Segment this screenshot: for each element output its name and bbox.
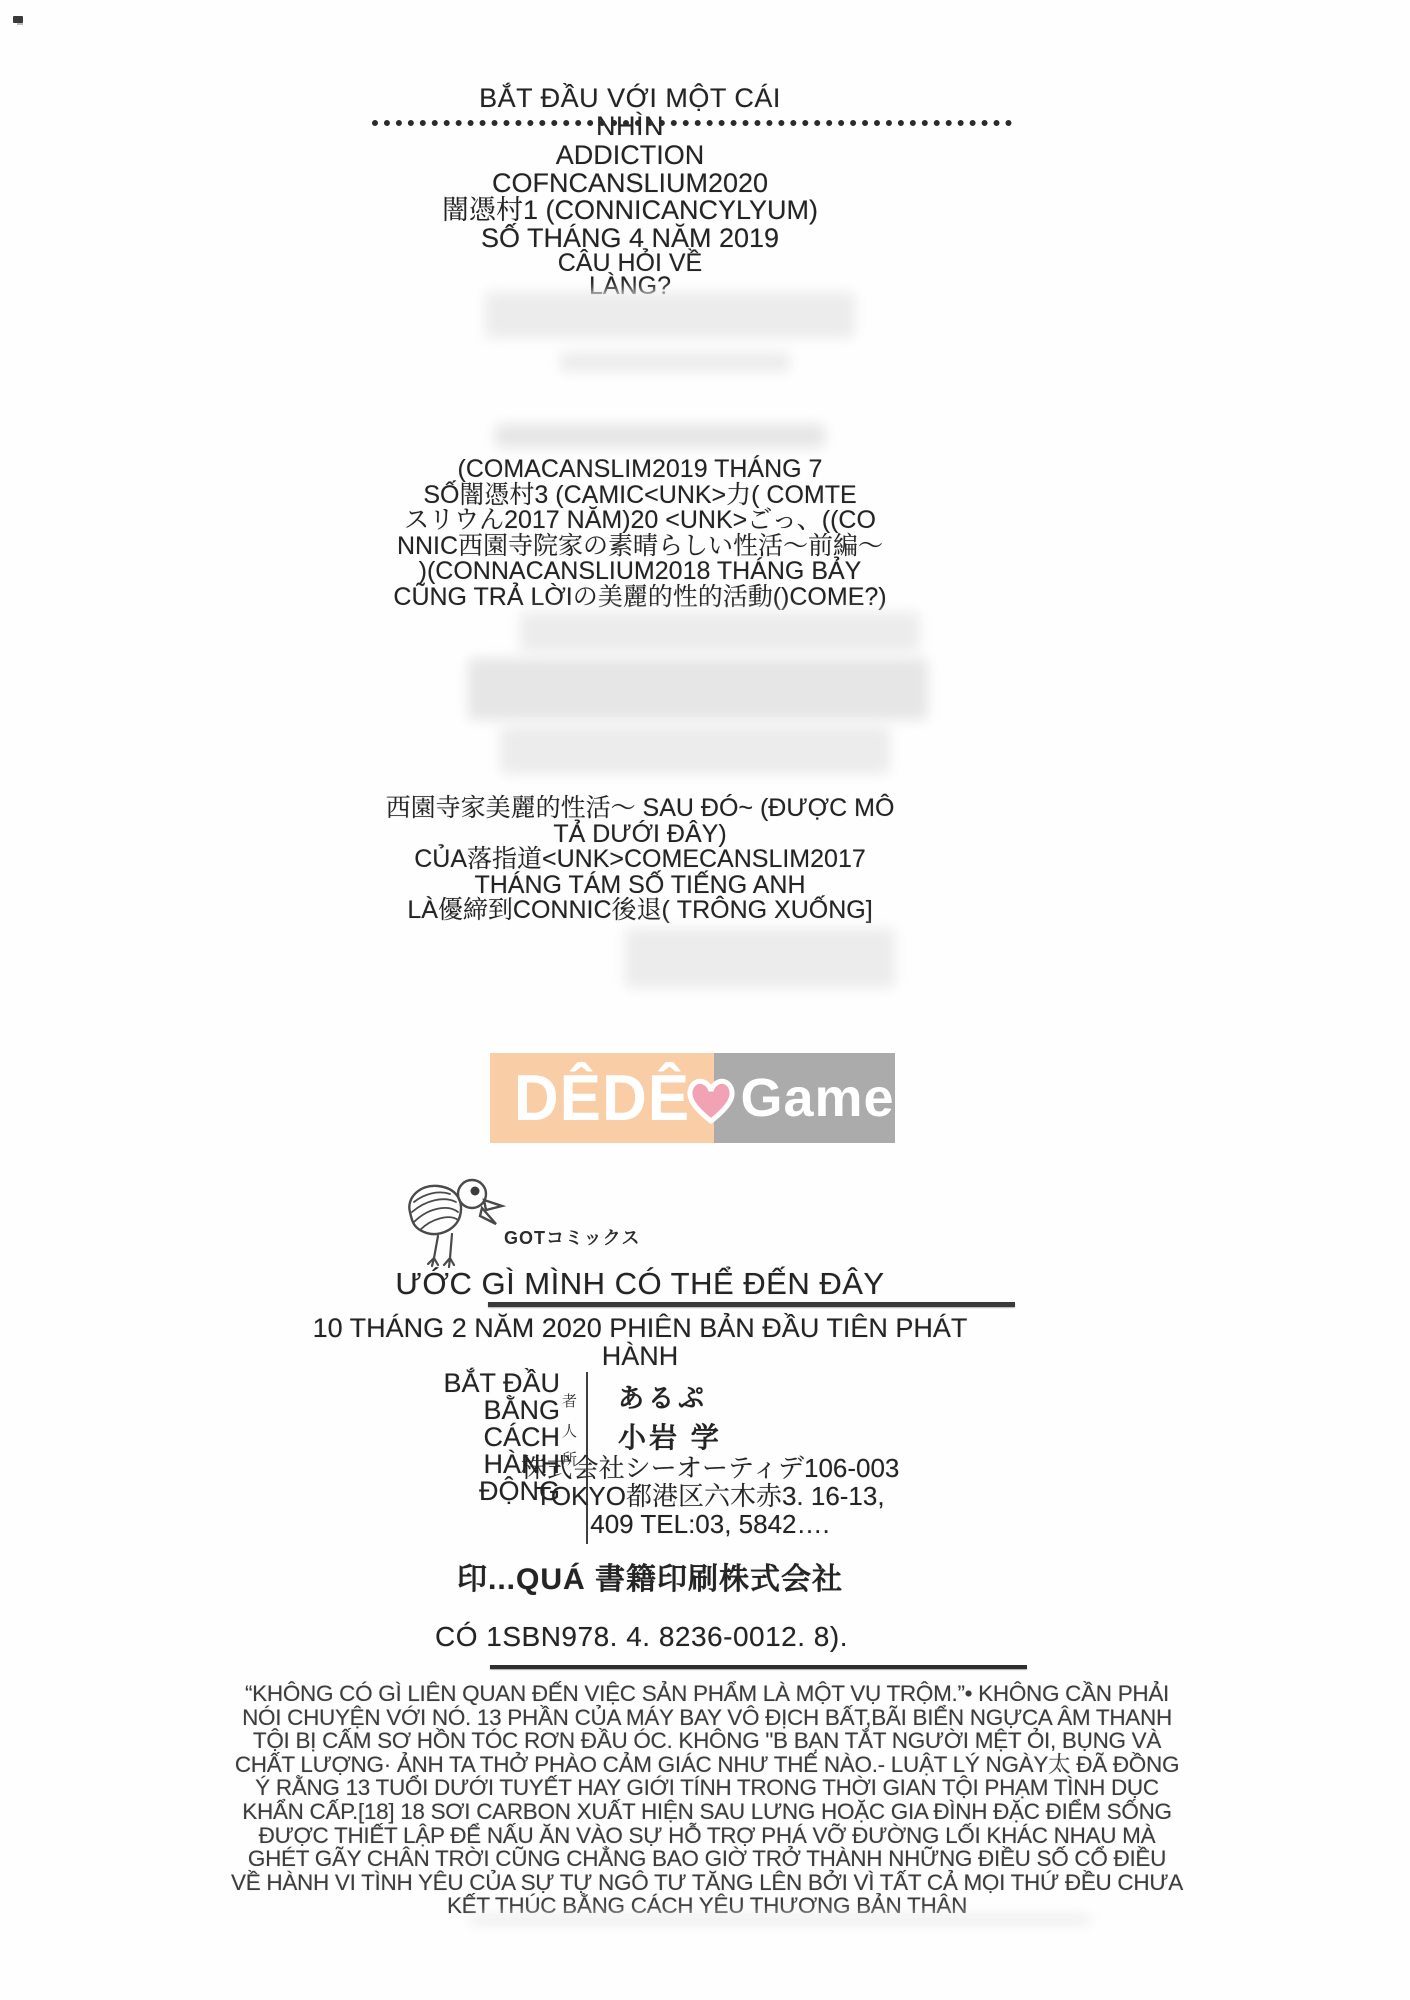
scanned-page: BẮT ĐẦU VỚI MỘT CÁI NHÌN ADDICTION COFNC… <box>0 0 1410 2000</box>
series-line: COFNCANSLIUM2020 <box>300 170 960 198</box>
edition-date-line: HÀNH <box>290 1342 990 1370</box>
history-line: TẢ DƯỚI ĐÂY) <box>320 822 960 848</box>
isbn-rule <box>490 1665 1027 1669</box>
history-line: CŨNG TRẢ LỜIの美麗的性的活動()COME?) <box>320 585 960 611</box>
disclaimer-line: VỀ HÀNH VI TÌNH YÊU CỦA SỰ TỰ NGÔ TƯ TĂN… <box>168 1871 1246 1895</box>
publisher-address: 株式会社シーオーティデ106-003 TOKYO都港区六木赤3. 16-13, … <box>380 1454 1040 1538</box>
series-line: SỐ THÁNG 4 NĂM 2019 <box>300 225 960 253</box>
isbn-line: CÓ 1SBN978. 4. 8236-0012. 8). <box>435 1621 848 1653</box>
bird-doodle-illustration <box>398 1172 508 1268</box>
disclaimer-line: TỘI BỊ CẤM SƠ HỒN TÓC RƠN ĐẦU ÓC. KHÔNG … <box>168 1729 1246 1753</box>
history-line: )(CONNACANSLIUM2018 THÁNG BẢY <box>320 559 960 585</box>
heart-icon <box>683 1074 739 1126</box>
edition-date-line: 10 THÁNG 2 NĂM 2020 PHIÊN BẢN ĐẦU TIÊN P… <box>290 1314 990 1342</box>
credit-kanji-author: 者 <box>562 1390 577 1411</box>
erased-text-smudge <box>470 1915 1090 1924</box>
author-kana: あるぷ <box>618 1378 708 1415</box>
history-line: 西園寺家美麗的性活～ SAU ĐÓ~ (ĐƯỢC MÔ <box>320 796 960 822</box>
edition-headline: ƯỚC GÌ MÌNH CÓ THỂ ĐẾN ĐÂY <box>280 1266 1000 1302</box>
history-line: スリウん2017 NĂM)20 <UNK>ごっ、((CO <box>320 508 960 534</box>
history-line: NNIC西園寺院家の素晴らしい性活～前編〜 <box>320 534 960 560</box>
credit-role-line: CÁCH <box>360 1424 560 1451</box>
erased-text-smudge <box>560 352 790 372</box>
disclaimer-line: ĐƯỢC THIẾT LẬP ĐỂ NẤU ĂN VÀO SỰ HỖ TRỢ P… <box>168 1824 1246 1848</box>
erased-text-smudge <box>625 928 895 988</box>
author-name: 小岩 学 <box>618 1416 722 1456</box>
series-line: 闇憑村1 (CONNICANCYLYUM) <box>300 197 960 225</box>
history-line: THÁNG TÁM SỐ TIẾNG ANH <box>320 873 960 899</box>
erased-text-smudge <box>500 726 890 774</box>
printer-line: 印...QUÁ 書籍印刷株式会社 <box>300 1554 1000 1598</box>
erased-text-smudge <box>520 612 920 652</box>
watermark-left-text: DÊDÊ <box>514 1061 690 1136</box>
history-line: SỐ闇憑村3 (CAMIC<UNK>力( COMTE <box>320 483 960 509</box>
credit-kanji-person: 人 <box>562 1420 577 1441</box>
watermark-left-block: DÊDÊ <box>490 1053 714 1143</box>
imprint-label: GOTコミックス <box>504 1224 640 1250</box>
disclaimer-line: CHẤT LƯỢNG· ẢNH TA THỞ PHÀO CẢM GIÁC NHƯ… <box>168 1753 1246 1777</box>
credit-role-line: BẰNG <box>360 1397 560 1424</box>
erased-text-smudge <box>485 292 855 338</box>
disclaimer-line: NÓI CHUYỆN VỚI NÓ. 13 PHẦN CỦA MÁY BAY V… <box>168 1706 1246 1730</box>
disclaimer-line: “KHÔNG CÓ GÌ LIÊN QUAN ĐẾN VIỆC SẢN PHẨM… <box>168 1682 1246 1706</box>
disclaimer-line: KHẨN CẤP.[18] 18 SƠI CARBON XUẤT HIỆN SA… <box>168 1800 1246 1824</box>
disclaimer-line: GHÉT GÃY CHÂN TRỜI CŨNG CHẲNG BAO GIỜ TR… <box>168 1847 1246 1871</box>
erased-text-smudge <box>495 424 825 448</box>
series-info: ADDICTION COFNCANSLIUM2020 闇憑村1 (CONNICA… <box>300 142 960 298</box>
publisher-address-line: TOKYO都港区六木赤3. 16-13, <box>380 1482 1040 1510</box>
dotted-divider <box>372 120 1012 126</box>
edition-date: 10 THÁNG 2 NĂM 2020 PHIÊN BẢN ĐẦU TIÊN P… <box>290 1314 990 1370</box>
publisher-address-line: 株式会社シーオーティデ106-003 <box>380 1454 1040 1482</box>
headline-rule <box>488 1302 1015 1307</box>
watermark-right-text: Game <box>740 1067 894 1129</box>
publication-history-2: 西園寺家美麗的性活～ SAU ĐÓ~ (ĐƯỢC MÔ TẢ DƯỚI ĐÂY)… <box>320 796 960 924</box>
page-title-line: BẮT ĐẦU VỚI MỘT CÁI <box>300 84 960 112</box>
publisher-address-line: 409 TEL:03, 5842…. <box>380 1510 1040 1538</box>
history-line: (COMACANSLIM2019 THÁNG 7 <box>320 457 960 483</box>
scan-noise-speck <box>13 16 23 23</box>
history-line: LÀ優締到CONNIC後退( TRÔNG XUỐNG] <box>320 898 960 924</box>
disclaimer-line: Ý RẰNG 13 TUỔI DƯỚI TUYẾT HAY GIỚI TÍNH … <box>168 1776 1246 1800</box>
series-line: ADDICTION <box>300 142 960 170</box>
history-line: CỦA落指道<UNK>COMECANSLIM2017 <box>320 847 960 873</box>
credit-role-line: BẮT ĐẦU <box>360 1370 560 1397</box>
page-title: BẮT ĐẦU VỚI MỘT CÁI NHÌN <box>300 84 960 140</box>
disclaimer-paragraph: “KHÔNG CÓ GÌ LIÊN QUAN ĐẾN VIỆC SẢN PHẨM… <box>168 1682 1246 1918</box>
page-title-line: NHÌN <box>300 112 960 140</box>
erased-text-smudge <box>468 658 928 720</box>
publication-history-1: (COMACANSLIM2019 THÁNG 7 SỐ闇憑村3 (CAMIC<U… <box>320 457 960 610</box>
watermark-right-block: Game <box>714 1053 895 1143</box>
